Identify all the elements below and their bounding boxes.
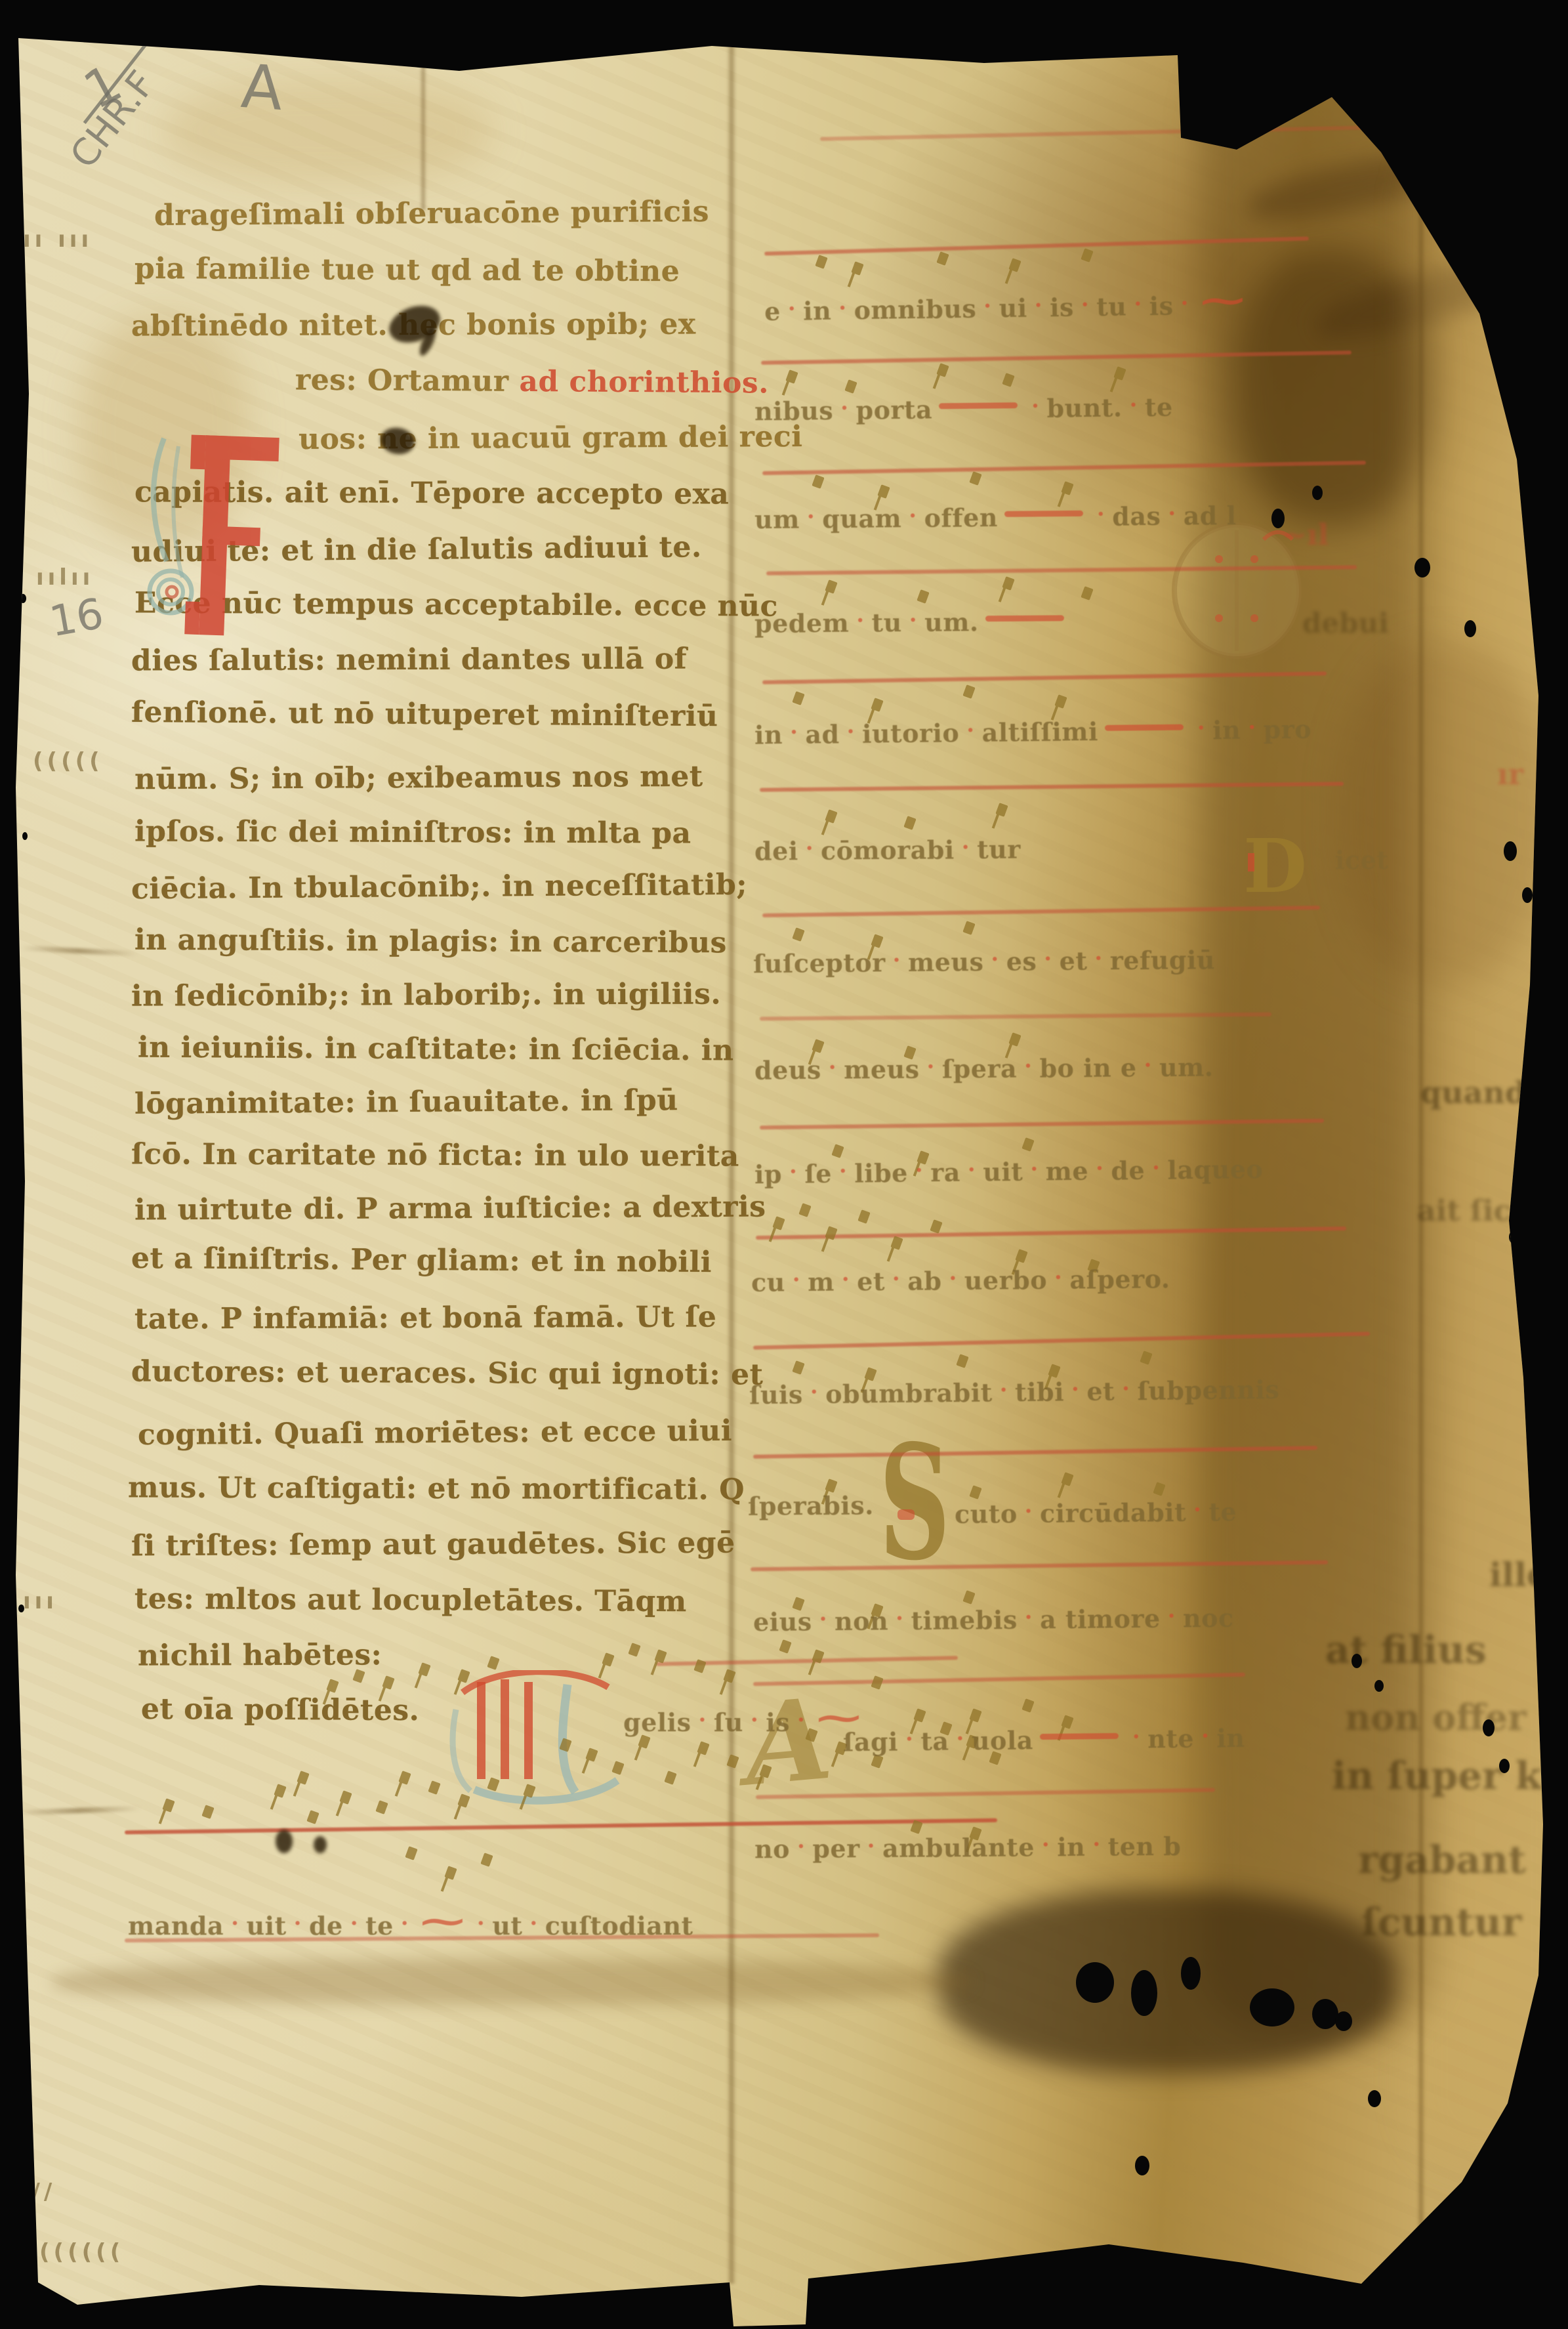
syllable-separator-dot: · bbox=[1201, 1723, 1210, 1749]
lyric-syllable: nte bbox=[1147, 1724, 1194, 1754]
lyric-syllable: ta bbox=[920, 1727, 949, 1756]
neume-mark bbox=[1021, 1698, 1034, 1713]
margin-pen-marks: ıı ııı bbox=[23, 226, 93, 253]
neume-mark bbox=[969, 1485, 981, 1500]
syllable-separator-dot: · bbox=[1248, 714, 1256, 740]
syllable-separator-dot: · bbox=[1132, 1723, 1141, 1750]
lyric-syllable: te bbox=[365, 1911, 394, 1941]
ghost-text: at filius bbox=[1325, 1627, 1487, 1672]
neume-mark bbox=[812, 474, 824, 489]
syllable-separator-dot: · bbox=[856, 608, 865, 634]
lyric-syllable: deus bbox=[754, 1055, 821, 1085]
stain bbox=[1244, 142, 1459, 231]
neume-mark bbox=[1054, 694, 1067, 709]
staff-line bbox=[760, 1013, 1271, 1021]
stain bbox=[52, 1959, 971, 2005]
lyric-line: nibus·porta·bunt.·te bbox=[754, 392, 1173, 427]
margin-pen-marks: ıılıı bbox=[36, 564, 94, 591]
lyric-syllable: me bbox=[1045, 1156, 1088, 1186]
neume-mark bbox=[871, 934, 883, 948]
wormhole bbox=[1181, 1957, 1201, 1990]
lyric-syllable: te bbox=[1145, 392, 1173, 422]
syllable-separator-dot: · bbox=[1197, 715, 1206, 741]
neume-mark bbox=[726, 1754, 739, 1769]
syllable-separator-dot: · bbox=[896, 1605, 904, 1631]
red-dash-filler bbox=[1040, 1733, 1119, 1740]
lyric-syllable: de bbox=[1111, 1156, 1145, 1186]
lyric-syllable: pedem bbox=[754, 608, 850, 639]
staff-line bbox=[753, 1332, 1370, 1349]
lyric-syllable: no bbox=[754, 1834, 790, 1864]
syllable-separator-dot: · bbox=[1096, 1155, 1104, 1181]
syllable-separator-dot: · bbox=[1030, 1156, 1039, 1183]
red-dash-filler bbox=[939, 402, 1018, 409]
lyric-syllable: is bbox=[766, 1708, 790, 1737]
stain bbox=[164, 79, 492, 184]
lyric-syllable: ra bbox=[930, 1158, 960, 1187]
neume-mark bbox=[375, 1800, 388, 1815]
lyric-syllable: bo in e bbox=[1039, 1053, 1136, 1083]
initial-f-fratres bbox=[139, 427, 293, 666]
red-squiggle-filler: ~ bbox=[416, 1900, 470, 1942]
wormhole bbox=[1509, 1230, 1518, 1244]
wormhole bbox=[1504, 841, 1517, 861]
syllable-separator-dot: · bbox=[1044, 946, 1052, 972]
syllable-separator-dot: · bbox=[1134, 291, 1142, 317]
red-dash-filler bbox=[1004, 511, 1083, 517]
syllable-separator-dot: · bbox=[807, 503, 815, 530]
syllable-separator-dot: · bbox=[999, 1377, 1008, 1403]
lyric-syllable: offen bbox=[924, 503, 998, 533]
lyric-syllable: altiſſimi bbox=[981, 717, 1098, 747]
neume-mark bbox=[1008, 1032, 1021, 1047]
syllable-separator-dot: · bbox=[846, 719, 855, 745]
neume-mark bbox=[1021, 1137, 1034, 1152]
text-line: in ieiuniis. in caſtitate: in ſciēcia. i… bbox=[138, 1031, 734, 1068]
wormhole bbox=[18, 1605, 24, 1612]
ghost-text: in ſuper k bbox=[1332, 1753, 1542, 1798]
lyric-line: ſagi·ta·uola·nte·in bbox=[843, 1723, 1245, 1757]
lyric-syllable: um. bbox=[1159, 1053, 1214, 1083]
neume-mark bbox=[297, 1771, 309, 1785]
syllable-separator-dot: · bbox=[1054, 1265, 1063, 1291]
syllable-separator-dot: · bbox=[1071, 1376, 1080, 1402]
lyric-syllable: non bbox=[835, 1606, 888, 1636]
syllable-separator-dot: · bbox=[1092, 1832, 1101, 1858]
neume-mark bbox=[418, 1662, 430, 1677]
lyric-dicet-continuation: icet bbox=[1335, 845, 1388, 875]
lyric-syllable: uit bbox=[247, 1911, 287, 1941]
lyric-syllable: bunt. bbox=[1046, 392, 1123, 423]
margin-pen-marks: ııı bbox=[23, 1588, 58, 1614]
text-line: tes: mltos aut locupletātes. Tāqm bbox=[134, 1582, 687, 1618]
text-line: ſcō. In caritate nō ficta: in ulo uerita bbox=[131, 1137, 739, 1173]
lyric-syllable: ad bbox=[805, 719, 840, 749]
lyric-syllable: ſpera bbox=[942, 1054, 1018, 1084]
wormhole bbox=[1522, 887, 1533, 903]
ghost-text: debui bbox=[1302, 607, 1389, 639]
lyric-syllable: das bbox=[1112, 501, 1161, 532]
neume-mark bbox=[1140, 1351, 1152, 1365]
lyric-syllable: uerbo bbox=[964, 1265, 1048, 1295]
initial-a-sagitta: A bbox=[739, 1673, 837, 1812]
wormhole bbox=[1464, 620, 1476, 637]
ink-blot bbox=[276, 1830, 293, 1853]
wormhole bbox=[1374, 1680, 1384, 1692]
neume-mark bbox=[382, 1675, 394, 1690]
neume-mark bbox=[339, 1790, 352, 1805]
lyric-syllable: cu bbox=[751, 1267, 785, 1297]
neume-mark bbox=[602, 1652, 614, 1667]
red-ghost-mark: ır bbox=[1497, 758, 1523, 791]
lyric-syllable: porta bbox=[856, 395, 932, 425]
lyric-syllable: in bbox=[1057, 1832, 1085, 1862]
lyric-syllable: per bbox=[812, 1834, 860, 1864]
lyric-syllable: tu bbox=[1096, 291, 1127, 322]
lyric-syllable: um. bbox=[924, 607, 979, 637]
red-ghost-mark: ~ıl bbox=[1283, 518, 1329, 552]
neume-mark bbox=[969, 1708, 981, 1723]
lyric-line: eius·non·timebis·a timore·noc bbox=[753, 1603, 1234, 1637]
syllable-separator-dot: · bbox=[909, 503, 917, 529]
wormhole bbox=[1483, 1719, 1495, 1736]
lyric-syllable: a timore bbox=[1040, 1604, 1161, 1635]
lyric-syllable: is bbox=[1050, 293, 1074, 323]
crease bbox=[16, 1806, 141, 1816]
lyric-syllable: m bbox=[808, 1267, 835, 1297]
syllable-separator-dot: · bbox=[797, 1834, 806, 1860]
syllable-separator-dot: · bbox=[1042, 1832, 1050, 1858]
lyric-syllable: ſuis bbox=[749, 1379, 803, 1410]
neume-mark bbox=[851, 261, 863, 276]
syllable-separator-dot: · bbox=[962, 834, 970, 860]
lyric-syllable: tibi bbox=[1015, 1377, 1064, 1407]
neume-mark bbox=[962, 921, 975, 935]
wormhole bbox=[22, 832, 28, 840]
lyric-line: in·ad·iutorio·altiſſimi·in·pro bbox=[754, 714, 1312, 750]
wormhole bbox=[1131, 1970, 1157, 2016]
lyric-syllable: dei bbox=[754, 836, 798, 866]
text-line: cogniti. Quaſi moriētes: et ecce uiui bbox=[138, 1414, 732, 1452]
neume-mark bbox=[1008, 258, 1021, 272]
lyric-syllable: laqueo bbox=[1167, 1154, 1263, 1185]
lyric-syllable: pro bbox=[1263, 715, 1311, 745]
staff-line bbox=[753, 1673, 1245, 1686]
lyric-line: pedem·tu·um. bbox=[754, 606, 1071, 638]
syllable-separator-dot: · bbox=[892, 1266, 901, 1292]
syllable-separator-dot: · bbox=[1168, 501, 1176, 527]
syllable-separator-dot: · bbox=[905, 1726, 914, 1752]
syllable-separator-dot: · bbox=[968, 1157, 976, 1183]
syllable-separator-dot: · bbox=[1167, 1603, 1176, 1629]
lyric-syllable: e bbox=[764, 297, 781, 326]
staff-line bbox=[820, 125, 1371, 141]
syllable-separator-dot: · bbox=[790, 719, 798, 745]
wormhole bbox=[1076, 1962, 1114, 2003]
lyric-syllable: cuſtodiant bbox=[545, 1911, 693, 1941]
neume-mark bbox=[274, 1784, 286, 1798]
lyric-syllable: quam bbox=[822, 503, 901, 534]
wormhole bbox=[1250, 1988, 1294, 2026]
syllable-separator-dot: · bbox=[892, 947, 901, 973]
neume-mark bbox=[628, 1643, 640, 1657]
neume-mark bbox=[877, 484, 890, 499]
syllable-separator-dot: · bbox=[956, 1725, 964, 1752]
syllable-separator-dot: · bbox=[1024, 1053, 1033, 1079]
staff-line bbox=[751, 1561, 1328, 1572]
syllable-separator-dot: · bbox=[1031, 393, 1040, 419]
syllable-separator-dot: · bbox=[751, 1707, 758, 1733]
syllable-separator-dot: · bbox=[1034, 292, 1042, 318]
neume-mark bbox=[913, 1708, 926, 1723]
text-line: in anguſtiis. in plagis: in carceribus bbox=[134, 923, 727, 960]
lyric-syllable: et bbox=[857, 1267, 885, 1296]
lyric-syllable: ſe bbox=[804, 1159, 832, 1188]
stain bbox=[1338, 643, 1548, 984]
neume-mark bbox=[1015, 1249, 1027, 1263]
neume-mark bbox=[792, 927, 804, 942]
stain bbox=[1310, 249, 1531, 352]
red-dash-filler bbox=[1105, 724, 1184, 731]
lyric-syllable: timebis bbox=[911, 1605, 1018, 1635]
lyric-syllable: de bbox=[309, 1911, 343, 1941]
syllable-separator-dot: · bbox=[966, 717, 975, 744]
syllable-separator-dot: · bbox=[793, 1267, 801, 1293]
syllable-separator-dot: · bbox=[810, 1379, 819, 1405]
wormhole bbox=[1312, 486, 1323, 500]
lyric-syllable: te bbox=[1208, 1497, 1237, 1526]
syllable-separator-dot: · bbox=[1129, 392, 1138, 418]
lyric-syllable: cōmorabi bbox=[821, 835, 955, 865]
neume-mark bbox=[1081, 248, 1093, 262]
lyric-line: dei·cōmorabi·tur bbox=[754, 834, 1021, 866]
lyric-syllable: in bbox=[754, 720, 783, 749]
syllable-separator-dot: · bbox=[477, 1910, 485, 1937]
neume-mark bbox=[398, 1771, 411, 1785]
neume-mark bbox=[969, 471, 981, 486]
neume-mark bbox=[664, 1771, 676, 1785]
ghost-text: non offer bbox=[1345, 1696, 1527, 1738]
staff-line bbox=[760, 782, 1344, 791]
lyric-line: ſuſceptor·meus·es·et·refugiū bbox=[753, 944, 1215, 978]
neume-mark bbox=[962, 684, 975, 699]
syllable-separator-dot: · bbox=[294, 1910, 302, 1937]
ghost-text: ille bbox=[1489, 1555, 1548, 1594]
lyric-syllable: et bbox=[1059, 946, 1087, 976]
ghost-text: ſcuntur bbox=[1361, 1900, 1521, 1944]
margin-pen-marks: ((((( bbox=[33, 748, 104, 774]
neume-mark bbox=[162, 1798, 175, 1813]
staff-line bbox=[753, 1446, 1317, 1459]
lyric-syllable: noc bbox=[1183, 1603, 1234, 1633]
lyric-line: um·quam·offen·das·ad l bbox=[754, 500, 1237, 534]
pencil-folio-number: 16 bbox=[46, 589, 107, 646]
syllable-separator-dot: · bbox=[839, 1158, 848, 1185]
lyric-syllable: nibus bbox=[754, 396, 834, 426]
syllable-separator-dot: · bbox=[867, 1833, 875, 1859]
syllable-separator-dot: · bbox=[1094, 945, 1103, 971]
neume-mark bbox=[962, 1590, 975, 1605]
lyric-syllable: aſpero. bbox=[1069, 1264, 1170, 1294]
staff-line bbox=[125, 1818, 997, 1835]
text-line-with-rubric: res: Ortamur ad chorinthios. bbox=[295, 363, 769, 400]
text-line: in uirtute di. P arma iuſticie: a dextri… bbox=[134, 1190, 766, 1227]
stain bbox=[938, 1890, 1397, 2074]
neume-mark bbox=[798, 1203, 811, 1217]
text-line: mus. Ut caſtigati: et nō mortificati. Q bbox=[128, 1471, 745, 1506]
lyric-syllable: refugiū bbox=[1110, 945, 1216, 975]
syllable-separator-dot: · bbox=[842, 1266, 850, 1292]
text-line: pia familie tue ut qd ad te obtine bbox=[134, 252, 680, 288]
wormhole bbox=[1414, 558, 1430, 577]
lyric-syllable: es bbox=[1006, 946, 1037, 976]
neume-mark bbox=[857, 1209, 870, 1224]
neume-mark bbox=[831, 1144, 844, 1158]
neume-mark bbox=[1153, 1482, 1165, 1496]
wormhole bbox=[1391, 118, 1408, 140]
lyric-syllable: ambulante bbox=[882, 1832, 1035, 1863]
staff-line bbox=[762, 906, 1320, 917]
syllable-separator-dot: · bbox=[1152, 1155, 1161, 1181]
syllable-separator-dot: · bbox=[1193, 1497, 1202, 1523]
text-line: abſtinēdo nitet. hec bonis opib; ex bbox=[131, 307, 696, 343]
neume-mark bbox=[815, 255, 827, 269]
syllable-separator-dot: · bbox=[401, 1910, 409, 1937]
syllable-separator-dot: · bbox=[1025, 1604, 1033, 1630]
neume-mark bbox=[1002, 373, 1014, 387]
syllable-separator-dot: · bbox=[840, 395, 849, 421]
lyric-syllable: ſuſceptor bbox=[753, 948, 886, 978]
text-line: ipſos. ſic dei miniſtros: in mlta pa bbox=[134, 815, 691, 850]
wormhole bbox=[1451, 131, 1466, 150]
lyric-syllable: tur bbox=[977, 835, 1021, 864]
syllable-separator-dot: · bbox=[1122, 1375, 1130, 1402]
initial-a-angelis bbox=[436, 1670, 640, 1805]
wormhole bbox=[1351, 1654, 1362, 1668]
text-line: et a ſiniſtris. Per gliam: et in nobili bbox=[131, 1242, 712, 1279]
ghost-text: rgabant bbox=[1358, 1837, 1526, 1882]
neume-mark bbox=[956, 1354, 968, 1368]
neume-mark bbox=[326, 1679, 339, 1693]
text-line: lōganimitate: in ſuauitate. in ſpū bbox=[134, 1083, 678, 1121]
neume-mark bbox=[697, 1741, 709, 1755]
ghost-text: ait ſicut bbox=[1417, 1194, 1546, 1228]
neume-mark bbox=[723, 1669, 735, 1683]
ink-blot bbox=[314, 1836, 327, 1853]
staff-line bbox=[760, 1119, 1324, 1130]
syllable-separator-dot: · bbox=[819, 1606, 827, 1632]
lyric-line: gelis·ſu·is·~ bbox=[623, 1696, 866, 1738]
lyric-syllable: meus bbox=[908, 947, 984, 977]
wormhole bbox=[1312, 1999, 1338, 2029]
lyric-syllable: omnibus bbox=[854, 294, 976, 325]
neume-mark bbox=[785, 369, 798, 384]
lyric-syllable: in bbox=[803, 296, 832, 326]
neume-mark bbox=[871, 698, 883, 712]
neume-mark bbox=[480, 1853, 493, 1867]
syllable-separator-dot: · bbox=[915, 1157, 924, 1183]
lyric-syllable: et bbox=[1086, 1376, 1115, 1406]
neume-mark bbox=[772, 1216, 785, 1230]
syllable-separator-dot: · bbox=[1144, 1052, 1152, 1078]
crease bbox=[20, 945, 138, 956]
syllable-separator-dot: · bbox=[949, 1265, 957, 1291]
lyric-syllable: is bbox=[1149, 291, 1173, 321]
text-fragment: res: Ortamur bbox=[295, 363, 509, 398]
syllable-separator-dot: · bbox=[806, 835, 814, 862]
lyric-syllable: ui bbox=[999, 293, 1027, 324]
lyric-line: deus·meus·ſpera·bo in e·um. bbox=[754, 1052, 1214, 1085]
neume-mark bbox=[444, 1866, 457, 1880]
wormhole bbox=[1335, 2011, 1352, 2031]
lyric-line: manda·uit·de·te·~·ut·cuſtodiant bbox=[128, 1900, 693, 1942]
syllable-separator-dot: · bbox=[926, 1054, 935, 1080]
syllable-separator-dot: · bbox=[1081, 291, 1090, 318]
lyric-syllable: ſagi bbox=[843, 1727, 898, 1757]
syllable-separator-dot: · bbox=[909, 607, 918, 633]
text-line: ductores: et ueraces. Sic qui ignoti: et bbox=[131, 1354, 764, 1391]
neume-mark bbox=[936, 363, 949, 377]
lyric-syllable: cuto bbox=[955, 1499, 1018, 1529]
staff-line bbox=[762, 671, 1327, 684]
text-line: drageſimali obſeruacōne purificis bbox=[154, 195, 709, 232]
lyric-syllable: uit bbox=[983, 1157, 1023, 1187]
syllable-separator-dot: · bbox=[797, 1707, 805, 1733]
syllable-separator-dot: · bbox=[1024, 1498, 1033, 1524]
neume-mark bbox=[936, 251, 949, 266]
lyric-syllable: ip bbox=[754, 1160, 782, 1189]
lyric-syllable: iutorio bbox=[862, 718, 960, 749]
lyric-syllable: ſu bbox=[714, 1708, 743, 1737]
text-line: et oīa poſſidētes. bbox=[141, 1692, 420, 1727]
neume-mark bbox=[1061, 1472, 1073, 1486]
neume-mark bbox=[201, 1805, 214, 1819]
neume-mark bbox=[792, 691, 804, 705]
staff-line bbox=[762, 461, 1366, 475]
lyric-line: ip·ſe·libe·ra·uit·me·de·laqueo bbox=[754, 1154, 1264, 1189]
neume-mark bbox=[1081, 586, 1093, 600]
neume-mark bbox=[792, 1360, 804, 1375]
lyric-syllable: libe bbox=[854, 1158, 908, 1188]
text-line: nichil habētes: bbox=[138, 1638, 382, 1672]
syllable-separator-dot: · bbox=[991, 946, 999, 973]
neume-mark bbox=[903, 816, 916, 830]
syllable-separator-dot: · bbox=[983, 293, 992, 319]
staff-line bbox=[756, 1227, 1346, 1240]
neume-mark bbox=[1002, 576, 1014, 591]
text-line: uos: ne in uacuū gram dei reci bbox=[299, 420, 803, 456]
neume-mark bbox=[995, 803, 1008, 817]
neume-mark bbox=[930, 1219, 942, 1234]
initial-s-red-accent bbox=[897, 1509, 915, 1520]
syllable-separator-dot: · bbox=[529, 1910, 537, 1937]
lyric-syllable: tu bbox=[871, 608, 902, 637]
wormhole bbox=[1135, 2156, 1149, 2175]
neume-mark bbox=[825, 579, 837, 594]
crease bbox=[420, 39, 426, 210]
syllable-separator-dot: · bbox=[789, 1158, 798, 1185]
lyric-syllable: ſubpennis bbox=[1137, 1375, 1279, 1406]
red-dash-filler bbox=[985, 615, 1064, 621]
lyric-syllable: uola bbox=[972, 1725, 1033, 1755]
lyric-syllable: in bbox=[1216, 1723, 1245, 1753]
neume-mark bbox=[1061, 481, 1073, 495]
margin-pen-marks: (((((( bbox=[39, 2239, 124, 2265]
red-squiggle-filler: ~ bbox=[1195, 279, 1250, 322]
wormhole bbox=[1499, 1759, 1510, 1773]
lyric-line: cu·m·et·ab·uerbo·aſpero. bbox=[751, 1263, 1170, 1297]
syllable-separator-dot: · bbox=[1180, 290, 1189, 316]
